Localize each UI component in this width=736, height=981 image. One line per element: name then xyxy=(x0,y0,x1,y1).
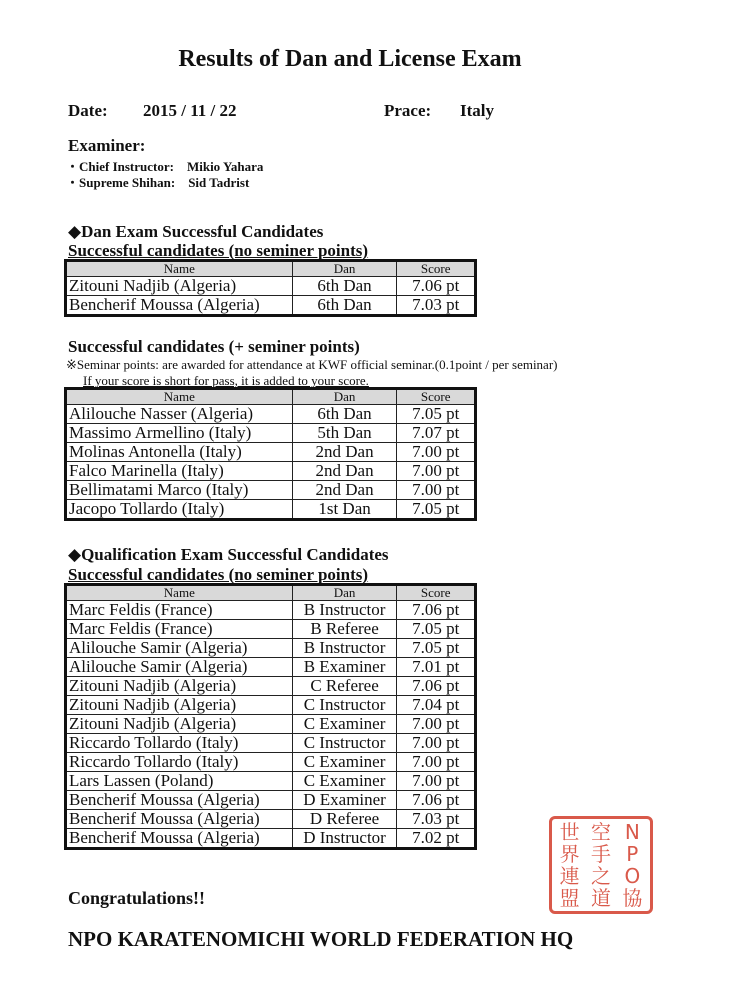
cell-score: 7.06 pt xyxy=(397,677,476,696)
column-header-score: Score xyxy=(397,585,476,601)
cell-dan: B Instructor xyxy=(292,639,397,658)
column-header-score: Score xyxy=(397,261,476,277)
seal-glyph: 手 xyxy=(585,843,616,865)
cell-score: 7.05 pt xyxy=(397,639,476,658)
table-row: Zitouni Nadjib (Algeria)C Examiner7.00 p… xyxy=(66,715,476,734)
cell-dan: C Examiner xyxy=(292,753,397,772)
column-header-name: Name xyxy=(66,261,293,277)
cell-name: Lars Lassen (Poland) xyxy=(66,772,293,791)
cell-dan: B Examiner xyxy=(292,658,397,677)
cell-name: Zitouni Nadjib (Algeria) xyxy=(66,277,293,296)
seal-glyph: O xyxy=(617,865,648,887)
table-row: Riccardo Tollardo (Italy)C Instructor7.0… xyxy=(66,734,476,753)
qual-subheading: Successful candidates (no seminer points… xyxy=(68,565,368,585)
cell-dan: 2nd Dan xyxy=(292,462,397,481)
cell-dan: C Instructor xyxy=(292,696,397,715)
organization-name: NPO KARATENOMICHI WORLD FEDERATION HQ xyxy=(68,927,573,952)
seal-glyph: 界 xyxy=(554,843,585,865)
table-row: Bencherif Moussa (Algeria)6th Dan7.03 pt xyxy=(66,296,476,316)
table-row: Bencherif Moussa (Algeria)D Instructor7.… xyxy=(66,829,476,849)
cell-name: Alilouche Nasser (Algeria) xyxy=(66,405,293,424)
seal-glyph: 連 xyxy=(554,865,585,887)
table-row: Zitouni Nadjib (Algeria)C Instructor7.04… xyxy=(66,696,476,715)
cell-name: Bellimatami Marco (Italy) xyxy=(66,481,293,500)
qual-section-heading: ◆Qualification Exam Successful Candidate… xyxy=(68,545,389,565)
column-header-dan: Dan xyxy=(292,389,397,405)
cell-score: 7.05 pt xyxy=(397,620,476,639)
qual-table: Name Dan Score Marc Feldis (France)B Ins… xyxy=(64,583,477,850)
table-row: Lars Lassen (Poland)C Examiner7.00 pt xyxy=(66,772,476,791)
column-header-dan: Dan xyxy=(292,585,397,601)
cell-dan: B Referee xyxy=(292,620,397,639)
cell-dan: 6th Dan xyxy=(292,277,397,296)
cell-name: Marc Feldis (France) xyxy=(66,620,293,639)
seal-glyph: N xyxy=(617,821,648,843)
seal-glyph: 道 xyxy=(585,887,616,909)
cell-dan: D Referee xyxy=(292,810,397,829)
cell-name: Alilouche Samir (Algeria) xyxy=(66,658,293,677)
cell-name: Riccardo Tollardo (Italy) xyxy=(66,753,293,772)
cell-name: Zitouni Nadjib (Algeria) xyxy=(66,677,293,696)
table-row: Bencherif Moussa (Algeria)D Examiner7.06… xyxy=(66,791,476,810)
table-row: Alilouche Samir (Algeria)B Instructor7.0… xyxy=(66,639,476,658)
dan-no-points-subheading: Successful candidates (no seminer points… xyxy=(68,241,368,261)
table-row: Alilouche Samir (Algeria)B Examiner7.01 … xyxy=(66,658,476,677)
cell-name: Alilouche Samir (Algeria) xyxy=(66,639,293,658)
cell-score: 7.00 pt xyxy=(397,772,476,791)
place-label: Prace: xyxy=(384,101,431,121)
cell-name: Bencherif Moussa (Algeria) xyxy=(66,829,293,849)
place-value: Italy xyxy=(460,101,494,121)
cell-name: Bencherif Moussa (Algeria) xyxy=(66,810,293,829)
table-row: Zitouni Nadjib (Algeria)6th Dan7.06 pt xyxy=(66,277,476,296)
congratulations-text: Congratulations!! xyxy=(68,888,205,909)
table-row: Riccardo Tollardo (Italy)C Examiner7.00 … xyxy=(66,753,476,772)
seal-glyph: 協 xyxy=(617,887,648,909)
table-row: Zitouni Nadjib (Algeria)C Referee7.06 pt xyxy=(66,677,476,696)
seminar-note: ※Seminar points: are awarded for attenda… xyxy=(66,357,558,373)
cell-dan: D Examiner xyxy=(292,791,397,810)
official-seal-icon: 世空N界手P連之O盟道協 xyxy=(549,816,653,914)
cell-score: 7.02 pt xyxy=(397,829,476,849)
examiner-heading: Examiner: xyxy=(68,136,145,156)
cell-name: Jacopo Tollardo (Italy) xyxy=(66,500,293,520)
column-header-dan: Dan xyxy=(292,261,397,277)
seal-glyph: P xyxy=(617,843,648,865)
cell-score: 7.05 pt xyxy=(397,500,476,520)
cell-name: Zitouni Nadjib (Algeria) xyxy=(66,696,293,715)
cell-score: 7.03 pt xyxy=(397,810,476,829)
cell-name: Riccardo Tollardo (Italy) xyxy=(66,734,293,753)
cell-score: 7.01 pt xyxy=(397,658,476,677)
dan-no-points-table: Name Dan Score Zitouni Nadjib (Algeria)6… xyxy=(64,259,477,317)
table-row: Falco Marinella (Italy)2nd Dan7.00 pt xyxy=(66,462,476,481)
cell-score: 7.00 pt xyxy=(397,715,476,734)
cell-name: Bencherif Moussa (Algeria) xyxy=(66,791,293,810)
cell-dan: B Instructor xyxy=(292,601,397,620)
cell-score: 7.00 pt xyxy=(397,734,476,753)
cell-dan: 6th Dan xyxy=(292,296,397,316)
cell-name: Zitouni Nadjib (Algeria) xyxy=(66,715,293,734)
cell-dan: D Instructor xyxy=(292,829,397,849)
supreme-shihan: ・Supreme Shihan: Sid Tadrist xyxy=(66,172,249,191)
seal-glyph: 之 xyxy=(585,865,616,887)
table-row: Bencherif Moussa (Algeria)D Referee7.03 … xyxy=(66,810,476,829)
cell-score: 7.00 pt xyxy=(397,753,476,772)
seal-glyph: 盟 xyxy=(554,887,585,909)
cell-score: 7.06 pt xyxy=(397,601,476,620)
cell-score: 7.06 pt xyxy=(397,277,476,296)
cell-score: 7.06 pt xyxy=(397,791,476,810)
cell-score: 7.00 pt xyxy=(397,443,476,462)
cell-dan: C Referee xyxy=(292,677,397,696)
cell-score: 7.04 pt xyxy=(397,696,476,715)
cell-name: Marc Feldis (France) xyxy=(66,601,293,620)
dan-with-points-table: Name Dan Score Alilouche Nasser (Algeria… xyxy=(64,387,477,521)
table-row: Massimo Armellino (Italy)5th Dan7.07 pt xyxy=(66,424,476,443)
cell-dan: 1st Dan xyxy=(292,500,397,520)
cell-name: Bencherif Moussa (Algeria) xyxy=(66,296,293,316)
cell-dan: C Examiner xyxy=(292,772,397,791)
dan-with-points-subheading: Successful candidates (+ seminer points) xyxy=(68,337,360,357)
table-row: Jacopo Tollardo (Italy)1st Dan7.05 pt xyxy=(66,500,476,520)
column-header-name: Name xyxy=(66,585,293,601)
date-label: Date: xyxy=(68,101,108,121)
cell-dan: 5th Dan xyxy=(292,424,397,443)
cell-score: 7.07 pt xyxy=(397,424,476,443)
cell-dan: C Instructor xyxy=(292,734,397,753)
cell-dan: 2nd Dan xyxy=(292,443,397,462)
cell-score: 7.05 pt xyxy=(397,405,476,424)
cell-dan: 6th Dan xyxy=(292,405,397,424)
cell-score: 7.00 pt xyxy=(397,462,476,481)
date-value: 2015 / 11 / 22 xyxy=(143,101,237,121)
table-row: Marc Feldis (France)B Referee7.05 pt xyxy=(66,620,476,639)
cell-dan: C Examiner xyxy=(292,715,397,734)
cell-score: 7.00 pt xyxy=(397,481,476,500)
cell-name: Molinas Antonella (Italy) xyxy=(66,443,293,462)
dan-section-heading: ◆Dan Exam Successful Candidates xyxy=(68,222,323,242)
cell-name: Massimo Armellino (Italy) xyxy=(66,424,293,443)
column-header-score: Score xyxy=(397,389,476,405)
table-row: Alilouche Nasser (Algeria)6th Dan7.05 pt xyxy=(66,405,476,424)
table-row: Molinas Antonella (Italy)2nd Dan7.00 pt xyxy=(66,443,476,462)
cell-score: 7.03 pt xyxy=(397,296,476,316)
page-title: Results of Dan and License Exam xyxy=(0,46,700,73)
table-row: Bellimatami Marco (Italy)2nd Dan7.00 pt xyxy=(66,481,476,500)
table-row: Marc Feldis (France)B Instructor7.06 pt xyxy=(66,601,476,620)
cell-name: Falco Marinella (Italy) xyxy=(66,462,293,481)
seal-glyph: 空 xyxy=(585,821,616,843)
column-header-name: Name xyxy=(66,389,293,405)
seal-glyph: 世 xyxy=(554,821,585,843)
cell-dan: 2nd Dan xyxy=(292,481,397,500)
